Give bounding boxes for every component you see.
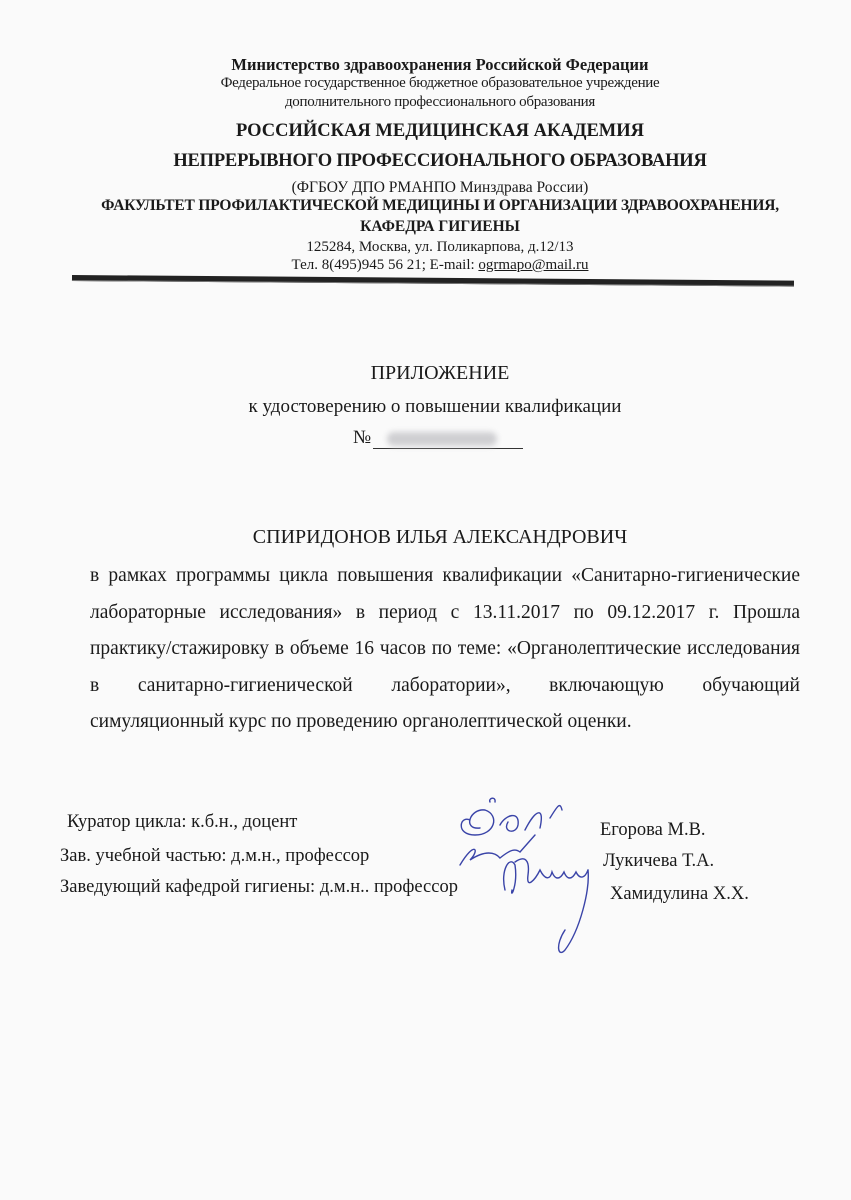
- body-line: в санитарно-гигиенической лаборатории», …: [90, 668, 800, 705]
- scanned-document-page: Министерство здравоохранения Российской …: [0, 0, 851, 1200]
- signatory-name-academic-head: Лукичева Т.А.: [603, 851, 714, 872]
- signatory-name-department-head: Хамидулина Х.Х.: [610, 884, 749, 905]
- redacted-number-field: [373, 430, 523, 449]
- faculty-line-1: ФАКУЛЬТЕТ ПРОФИЛАКТИЧЕСКОЙ МЕДИЦИНЫ И ОР…: [0, 197, 851, 215]
- signatory-name-curator: Егорова М.В.: [600, 820, 706, 841]
- address: 125284, Москва, ул. Поликарпова, д.12/13: [0, 239, 851, 256]
- certificate-number: №: [353, 427, 523, 449]
- institution-type-line-2: дополнительного профессионального образо…: [0, 94, 851, 111]
- body-line: лабораторные исследования» в период с 13…: [90, 595, 800, 632]
- document-title: ПРИЛОЖЕНИЕ: [0, 362, 851, 385]
- contacts: Тел. 8(495)945 56 21; E-mail: ogrmapo@ma…: [0, 257, 851, 274]
- faculty-line-2: КАФЕДРА ГИГИЕНЫ: [0, 218, 851, 236]
- redaction-blur: [387, 432, 497, 446]
- body-paragraph: в рамках программы цикла повышения квали…: [90, 558, 800, 741]
- handwritten-signatures: [440, 780, 620, 960]
- email-link[interactable]: ogrmapo@mail.ru: [478, 257, 588, 273]
- body-line: практику/стажировку в объеме 16 часов по…: [90, 631, 800, 668]
- body-line: в рамках программы цикла повышения квали…: [90, 558, 800, 595]
- header-divider: [72, 275, 794, 287]
- academy-name-line-2: НЕПРЕРЫВНОГО ПРОФЕССИОНАЛЬНОГО ОБРАЗОВАН…: [0, 151, 851, 172]
- institution-type-line-1: Федеральное государственное бюджетное об…: [0, 75, 851, 92]
- signatory-role-academic-head: Зав. учебной частью: д.м.н., профессор: [60, 846, 369, 867]
- signatory-role-curator: Куратор цикла: к.б.н., доцент: [67, 812, 297, 833]
- recipient-name: СПИРИДОНОВ ИЛЬЯ АЛЕКСАНДРОВИЧ: [0, 526, 851, 549]
- academy-name-line-1: РОССИЙСКАЯ МЕДИЦИНСКАЯ АКАДЕМИЯ: [0, 121, 851, 142]
- phone-text: Тел. 8(495)945 56 21; E-mail:: [292, 257, 479, 273]
- academy-abbreviation: (ФГБОУ ДПО РМАНПО Минздрава России): [0, 179, 851, 197]
- document-subtitle: к удостоверению о повышении квалификации: [0, 396, 851, 418]
- number-label: №: [353, 427, 371, 448]
- ministry-heading: Министерство здравоохранения Российской …: [0, 55, 851, 75]
- signatory-role-department-head: Заведующий кафедрой гигиены: д.м.н.. про…: [60, 877, 458, 898]
- body-line: симуляционный курс по проведению органол…: [90, 704, 800, 741]
